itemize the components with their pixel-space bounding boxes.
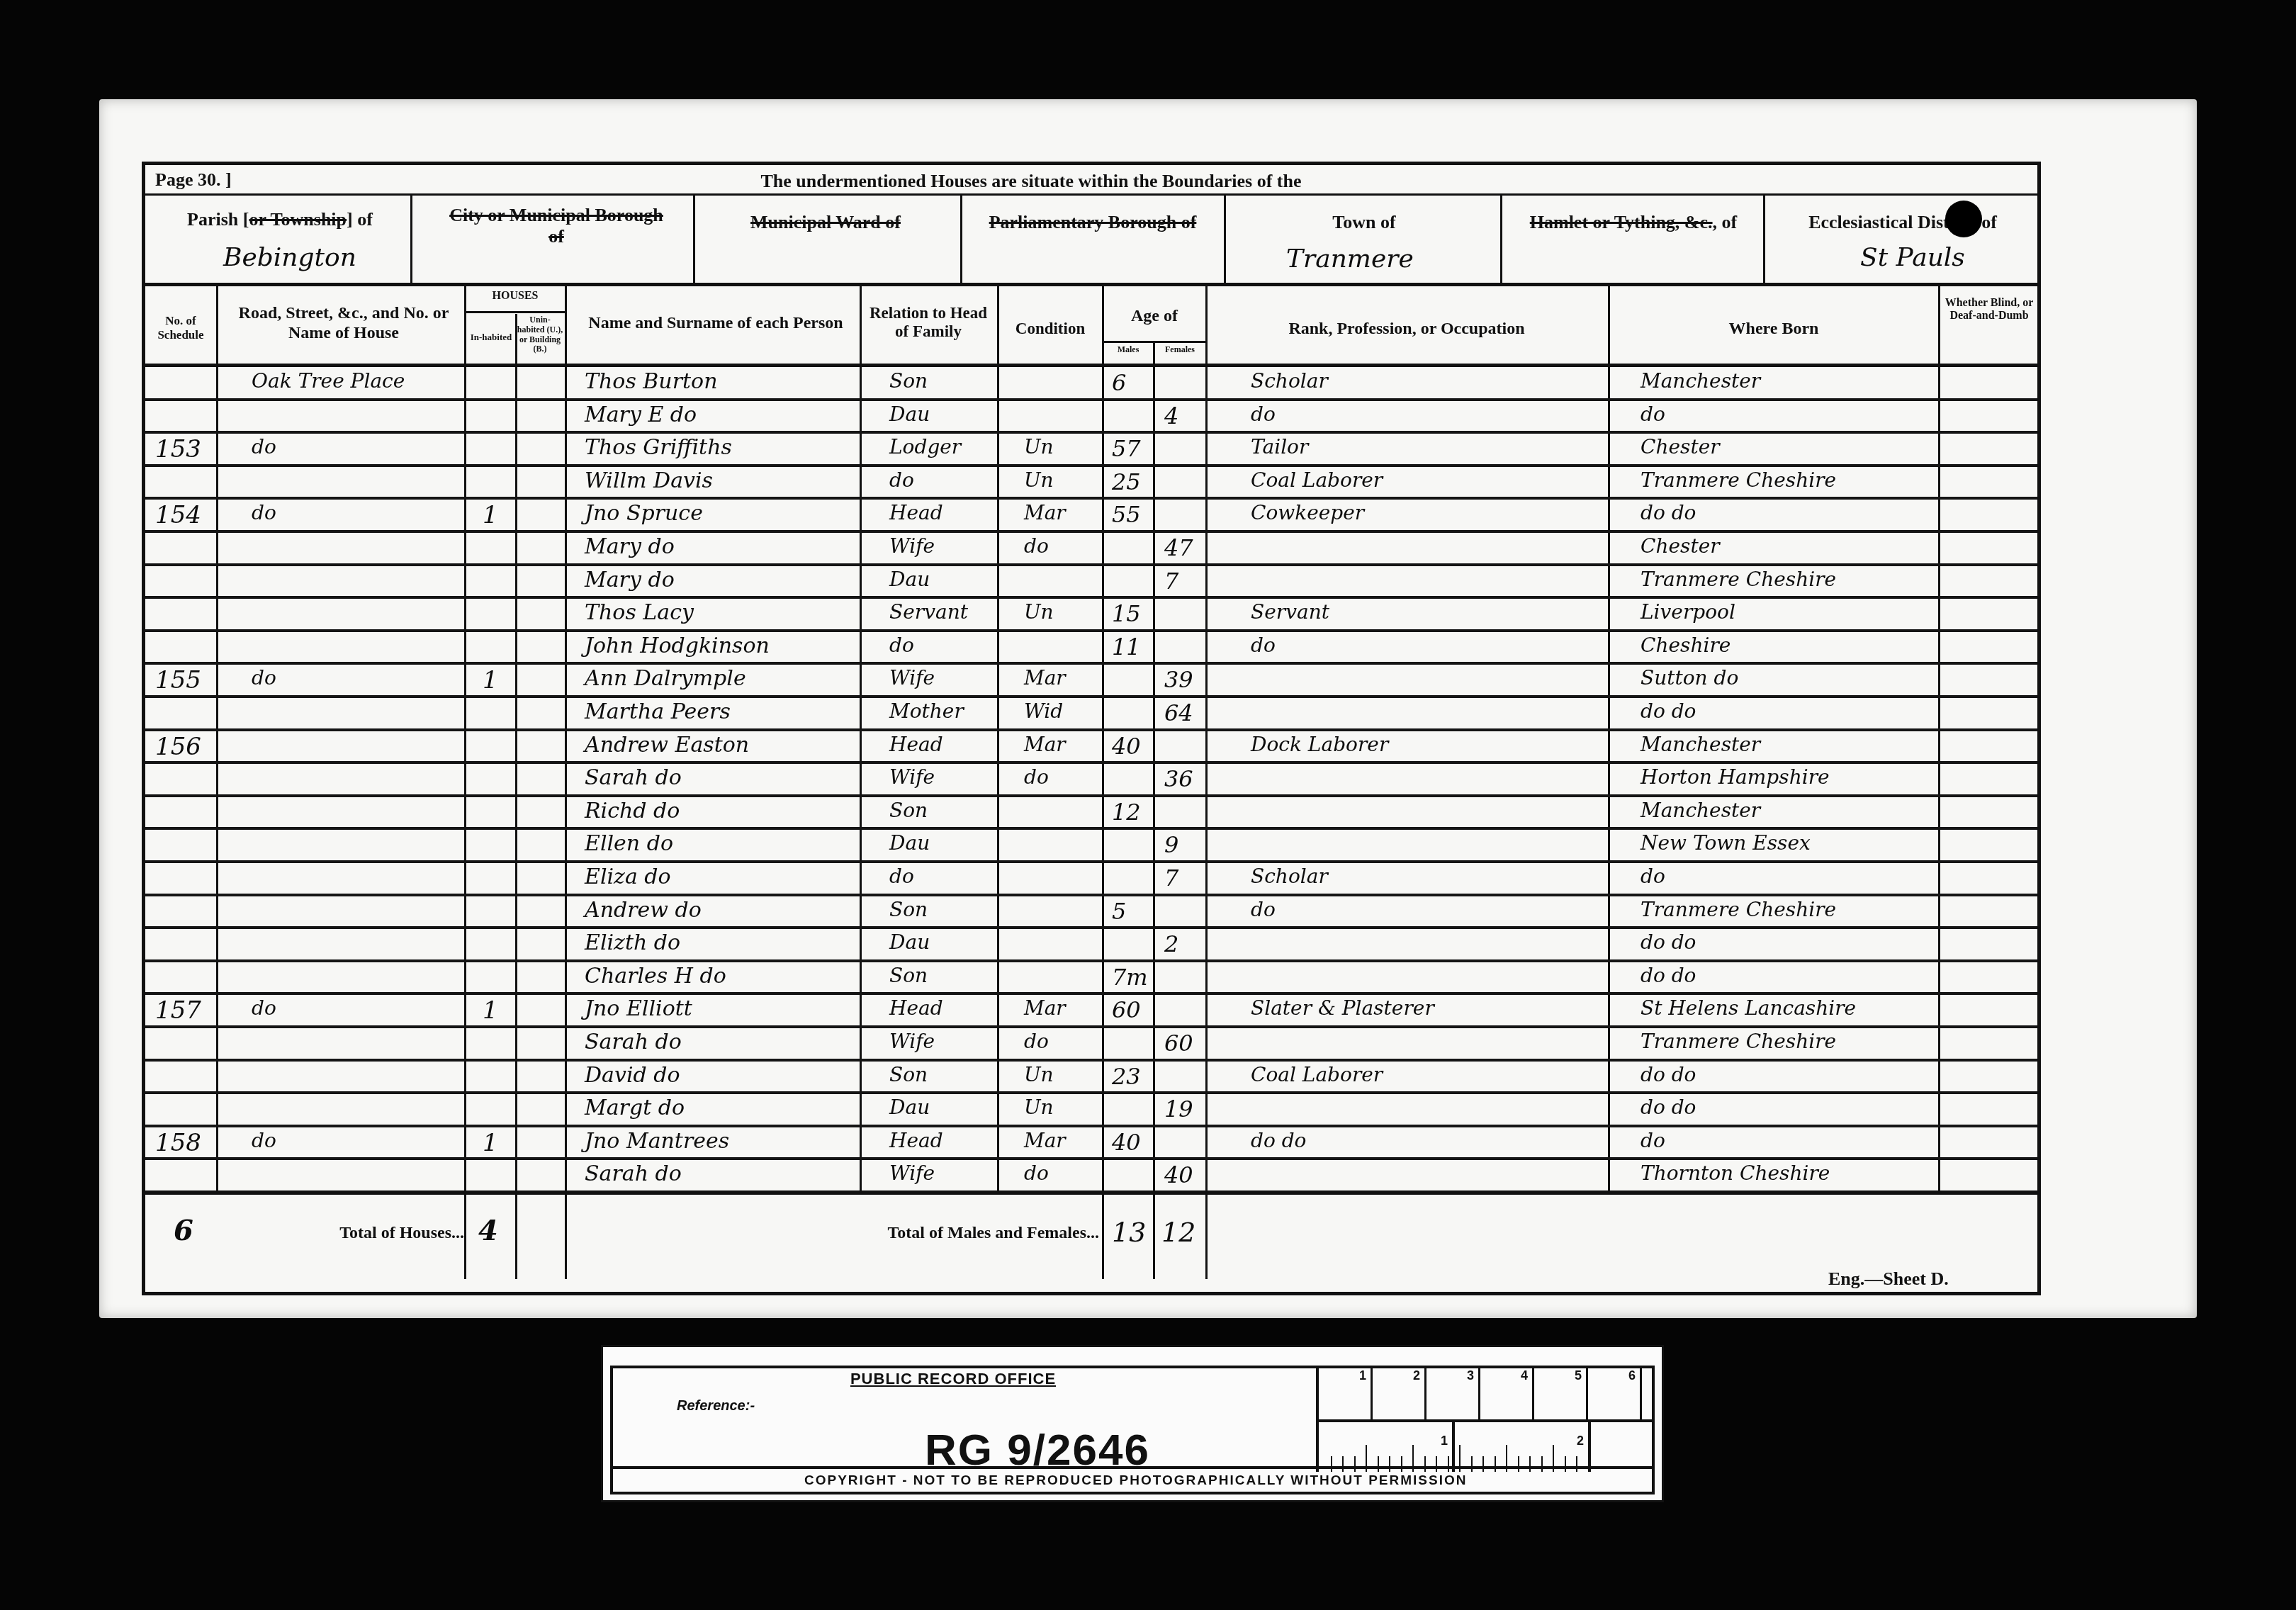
schedule-number: 158 [155, 1129, 201, 1157]
col-blind-deaf: Whether Blind, or Deaf-and-Dumb [1941, 297, 2037, 323]
occupation: do [1251, 898, 1276, 921]
person-name: Thos Lacy [585, 600, 694, 625]
total-males: 13 [1112, 1217, 1146, 1248]
relation-to-head: Mother [889, 699, 964, 723]
age-female: 36 [1164, 765, 1193, 792]
inhabited-count: 1 [483, 996, 498, 1025]
occupation: do [1251, 634, 1276, 657]
road-name: do [252, 435, 276, 458]
schedule-number: 154 [155, 501, 201, 529]
person-name: Elizth do [585, 930, 680, 955]
relation-to-head: do [889, 468, 914, 492]
relation-to-head: Servant [889, 600, 968, 624]
road-name: do [252, 996, 276, 1020]
birthplace: do [1641, 865, 1665, 888]
age-male: 11 [1112, 634, 1141, 660]
occupation: Dock Laborer [1251, 733, 1388, 756]
person-name: Ann Dalrymple [585, 666, 746, 691]
marital-condition: Un [1024, 1096, 1054, 1119]
relation-to-head: Dau [889, 402, 930, 426]
row-rule [145, 596, 2037, 599]
marital-condition: do [1024, 534, 1049, 558]
age-female: 47 [1164, 534, 1193, 561]
inhabited-count: 1 [483, 1129, 498, 1157]
marital-condition: Mar [1024, 666, 1066, 689]
person-name: Jno Mantrees [585, 1129, 729, 1154]
person-name: Mary do [585, 568, 675, 592]
person-name: Thos Griffiths [585, 435, 732, 460]
birthplace: do do [1641, 964, 1696, 987]
relation-to-head: Dau [889, 1096, 930, 1119]
person-name: Willm Davis [585, 468, 713, 493]
col-condition: Condition [1000, 320, 1101, 338]
marital-condition: Mar [1024, 1129, 1066, 1152]
divider [145, 193, 2037, 196]
hamlet-label: Hamlet or Tything, &c., of [1506, 212, 1761, 233]
marital-condition: Mar [1024, 501, 1066, 524]
col-females: Females [1154, 345, 1205, 355]
age-male: 5 [1112, 898, 1126, 925]
relation-to-head: Lodger [889, 435, 961, 458]
road-name: do [252, 666, 276, 689]
relation-to-head: Son [889, 369, 928, 393]
age-female: 4 [1164, 402, 1178, 429]
age-male: 15 [1112, 600, 1141, 627]
occupation: Slater & Plasterer [1251, 996, 1434, 1020]
age-female: 39 [1164, 666, 1193, 693]
person-name: Richd do [585, 799, 680, 823]
marital-condition: do [1024, 765, 1049, 789]
occupation: Coal Laborer [1251, 1063, 1383, 1086]
person-name: Martha Peers [585, 699, 731, 724]
row-rule [145, 431, 2037, 434]
relation-to-head: do [889, 865, 914, 888]
form-banner: The undermentioned Houses are situate wi… [570, 171, 1492, 192]
birthplace: Manchester [1641, 799, 1760, 822]
marital-condition: Un [1024, 600, 1054, 624]
relation-to-head: Wife [889, 1030, 935, 1053]
relation-to-head: Head [889, 733, 943, 756]
birthplace: St Helens Lancashire [1641, 996, 1856, 1020]
person-name: Margt do [585, 1096, 685, 1120]
sheet-code: Eng.—Sheet D. [1828, 1268, 1949, 1290]
row-rule [145, 398, 2037, 401]
reference-card: PUBLIC RECORD OFFICE Reference:- RG 9/26… [601, 1345, 1664, 1502]
age-female: 19 [1164, 1096, 1193, 1122]
row-rule [145, 959, 2037, 962]
age-male: 23 [1112, 1063, 1141, 1090]
age-female: 9 [1164, 831, 1178, 858]
relation-to-head: Wife [889, 1161, 935, 1185]
person-name: Jno Spruce [585, 501, 703, 526]
town-label: Town of [1229, 212, 1499, 233]
row-rule [145, 1157, 2037, 1160]
col-relation: Relation to Head of Family [862, 304, 994, 342]
relation-to-head: Wife [889, 666, 935, 689]
row-rule [145, 894, 2037, 896]
birthplace: do do [1641, 1063, 1696, 1086]
road-name: do [252, 1129, 276, 1152]
row-rule [145, 1125, 2037, 1127]
age-male: 40 [1112, 1129, 1141, 1156]
ward-label: Municipal Ward of [705, 212, 946, 233]
occupation: Coal Laborer [1251, 468, 1383, 492]
occupation: Servant [1251, 600, 1329, 624]
relation-to-head: do [889, 634, 914, 657]
scale-ruler: 1 2 3 4 5 6 1 2 [1316, 1368, 1652, 1472]
row-rule [145, 992, 2037, 995]
parish-label: Parish [or Township] of [152, 209, 407, 230]
age-female: 2 [1164, 930, 1178, 957]
birthplace: Tranmere Cheshire [1641, 1030, 1836, 1053]
birthplace: do do [1641, 1096, 1696, 1119]
relation-to-head: Dau [889, 930, 930, 954]
age-male: 55 [1112, 501, 1141, 528]
age-female: 64 [1164, 699, 1193, 726]
col-inhabited: In-habited [468, 332, 514, 343]
marital-condition: Mar [1024, 996, 1066, 1020]
relation-to-head: Wife [889, 534, 935, 558]
col-houses: HOUSES [466, 290, 565, 303]
age-male: 25 [1112, 468, 1141, 495]
reference-label: Reference:- [677, 1398, 755, 1414]
relation-to-head: Son [889, 799, 928, 822]
total-females: 12 [1161, 1217, 1195, 1248]
birthplace: do [1641, 402, 1665, 426]
schedule-number: 155 [155, 666, 201, 694]
birthplace: Manchester [1641, 369, 1760, 393]
row-rule [145, 827, 2037, 830]
row-rule [145, 1059, 2037, 1062]
age-male: 40 [1112, 733, 1141, 760]
copyright-notice: COPYRIGHT - NOT TO BE REPRODUCED PHOTOGR… [613, 1466, 1652, 1490]
col-name: Name and Surname of each Person [585, 314, 847, 334]
row-rule [145, 563, 2037, 566]
person-name: Sarah do [585, 1030, 682, 1054]
col-schedule: No. of Schedule [147, 314, 215, 342]
parish-value: Bebington [223, 243, 356, 272]
row-rule [145, 761, 2037, 764]
birthplace: Tranmere Cheshire [1641, 568, 1836, 591]
punch-hole [1945, 201, 1982, 237]
person-name: Jno Elliott [585, 996, 692, 1021]
person-name: Thos Burton [585, 369, 717, 394]
marital-condition: do [1024, 1161, 1049, 1185]
ecclesiastical-district-label: Ecclesiastical District of [1768, 212, 2037, 233]
person-name: Eliza do [585, 865, 671, 889]
age-male: 6 [1112, 369, 1126, 396]
inhabited-count: 1 [483, 501, 498, 529]
occupation: do [1251, 402, 1276, 426]
row-rule [145, 497, 2037, 500]
col-age: Age of [1103, 307, 1205, 327]
relation-to-head: Son [889, 964, 928, 987]
birthplace: do do [1641, 699, 1696, 723]
relation-to-head: Son [889, 898, 928, 921]
total-houses-label: Total of Houses... [252, 1224, 464, 1244]
birthplace: Thornton Cheshire [1641, 1161, 1830, 1185]
birthplace: Cheshire [1641, 634, 1731, 657]
borough-label: City or Municipal Borough of [443, 205, 670, 247]
schedule-number: 153 [155, 435, 201, 463]
person-name: Ellen do [585, 831, 673, 856]
occupation: Scholar [1251, 865, 1328, 888]
row-rule [145, 728, 2037, 731]
row-rule [145, 1091, 2037, 1094]
marital-condition: Un [1024, 1063, 1054, 1086]
occupation: Scholar [1251, 369, 1328, 393]
age-female: 40 [1164, 1161, 1193, 1188]
occupation: Tailor [1251, 435, 1308, 458]
age-male: 57 [1112, 435, 1141, 462]
row-rule [145, 662, 2037, 665]
office-title: PUBLIC RECORD OFFICE [755, 1370, 1152, 1388]
person-name: Sarah do [585, 1161, 682, 1186]
relation-to-head: Son [889, 1063, 928, 1086]
col-uninhabited: Unin-habited (U.), or Building (B.) [517, 315, 563, 354]
row-rule [145, 629, 2037, 632]
marital-condition: Un [1024, 468, 1054, 492]
marital-condition: Wid [1024, 699, 1063, 723]
total-houses: 4 [478, 1214, 498, 1247]
schedule-number: 156 [155, 733, 201, 761]
birthplace: do [1641, 1129, 1665, 1152]
birthplace: Horton Hampshire [1641, 765, 1830, 789]
person-name: David do [585, 1063, 680, 1088]
person-name: Andrew do [585, 898, 702, 923]
relation-to-head: Head [889, 501, 943, 524]
occupation: do do [1251, 1129, 1306, 1152]
relation-to-head: Dau [889, 831, 930, 855]
birthplace: Sutton do [1641, 666, 1738, 689]
age-male: 7m [1112, 964, 1148, 991]
occupation: Cowkeeper [1251, 501, 1364, 524]
birthplace: Chester [1641, 534, 1720, 558]
person-name: Mary do [585, 534, 675, 559]
person-name: John Hodgkinson [585, 634, 770, 658]
divider [145, 364, 2037, 367]
birthplace: Chester [1641, 435, 1720, 458]
road-name: Oak Tree Place [252, 369, 405, 393]
col-occupation: Rank, Profession, or Occupation [1208, 320, 1605, 339]
row-rule [145, 794, 2037, 797]
col-road: Road, Street, &c., and No. or Name of Ho… [230, 304, 457, 343]
relation-to-head: Dau [889, 568, 930, 591]
age-female: 7 [1164, 865, 1178, 891]
parliamentary-borough-label: Parliamentary Borough of [969, 212, 1217, 233]
age-female: 7 [1164, 568, 1178, 595]
birthplace: New Town Essex [1641, 831, 1811, 855]
birthplace: do do [1641, 501, 1696, 524]
birthplace: do do [1641, 930, 1696, 954]
road-name: do [252, 501, 276, 524]
marital-condition: do [1024, 1030, 1049, 1053]
total-schedules: 6 [174, 1214, 193, 1247]
divider [145, 283, 2037, 286]
page-number: Page 30. ] [155, 169, 232, 191]
birthplace: Manchester [1641, 733, 1760, 756]
row-rule [145, 1025, 2037, 1028]
schedule-number: 157 [155, 996, 201, 1025]
age-male: 60 [1112, 996, 1141, 1023]
row-rule [145, 695, 2037, 698]
row-rule [145, 464, 2037, 467]
col-males: Males [1103, 345, 1153, 355]
ecclesiastical-district-value: St Pauls [1860, 243, 1965, 272]
col-where-born: Where Born [1611, 320, 1937, 339]
inhabited-count: 1 [483, 666, 498, 694]
birthplace: Liverpool [1641, 600, 1735, 624]
birthplace: Tranmere Cheshire [1641, 468, 1836, 492]
birthplace: Tranmere Cheshire [1641, 898, 1836, 921]
relation-to-head: Head [889, 1129, 943, 1152]
marital-condition: Un [1024, 435, 1054, 458]
relation-to-head: Head [889, 996, 943, 1020]
town-value: Tranmere [1286, 244, 1414, 274]
relation-to-head: Wife [889, 765, 935, 789]
census-form: Page 30. ] The undermentioned Houses are… [142, 162, 2041, 1295]
person-name: Andrew Easton [585, 733, 749, 758]
row-rule [145, 530, 2037, 533]
age-male: 12 [1112, 799, 1141, 826]
person-name: Mary E do [585, 402, 697, 427]
marital-condition: Mar [1024, 733, 1066, 756]
row-rule [145, 860, 2037, 863]
person-name: Sarah do [585, 765, 682, 790]
person-name: Charles H do [585, 964, 726, 989]
row-rule [145, 926, 2037, 929]
total-persons-label: Total of Males and Females... [712, 1224, 1099, 1244]
age-female: 60 [1164, 1030, 1193, 1057]
